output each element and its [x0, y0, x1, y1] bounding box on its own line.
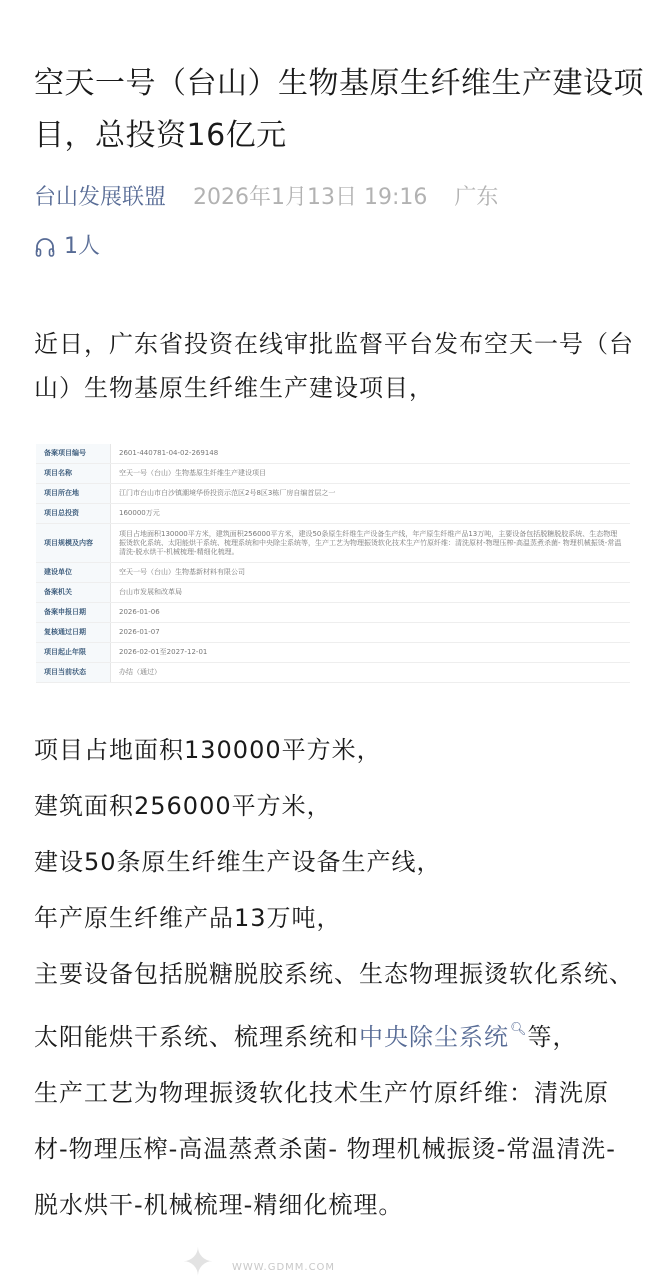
row-value: 160000万元 [111, 504, 631, 524]
table-row: 项目名称空天一号（台山）生物基原生纤维生产建设项目 [36, 464, 630, 484]
body-line-equipment: 主要设备包括脱糖脱胶系统、生态物理振烫软化系统、太阳能烘干系统、梳理系统和中央除… [34, 946, 634, 1065]
publish-date: 2026年1月13日 19:16 [193, 185, 427, 210]
listener-count: 1人 [64, 232, 100, 262]
row-value: 2026-02-01至2027-12-01 [111, 643, 631, 663]
table-row: 建设单位空天一号（台山）生物基新材料有限公司 [36, 563, 630, 583]
row-value: 台山市发展和改革局 [111, 583, 631, 603]
search-icon: 🔍︎ [510, 1022, 528, 1037]
article-title: 空天一号（台山）生物基原生纤维生产建设项目，总投资16亿元 [34, 58, 644, 162]
headphones-icon [34, 236, 56, 258]
row-key: 备案申报日期 [36, 603, 111, 623]
body-line: 项目占地面积130000平方米， [34, 722, 634, 778]
listen-button[interactable]: 1人 [34, 232, 100, 262]
row-key: 项目规模及内容 [36, 524, 111, 563]
row-value: 2026-01-06 [111, 603, 631, 623]
row-value: 空天一号（台山）生物基新材料有限公司 [111, 563, 631, 583]
row-value: 2026-01-07 [111, 623, 631, 643]
body-text: 等， [528, 1023, 578, 1051]
body-line: 年产原生纤维产品13万吨， [34, 890, 634, 946]
row-key: 项目名称 [36, 464, 111, 484]
row-key: 项目当前状态 [36, 663, 111, 683]
author-link[interactable]: 台山发展联盟 [34, 185, 166, 210]
row-key: 建设单位 [36, 563, 111, 583]
row-key: 项目起止年限 [36, 643, 111, 663]
article-meta: 台山发展联盟 2026年1月13日 19:16 广东 [34, 182, 498, 214]
table-row: 复核通过日期2026-01-07 [36, 623, 630, 643]
table-row: 项目所在地江门市台山市白沙镇潮境华侨投资示范区2号8区3栋厂房自编首层之一 [36, 484, 630, 504]
body-line: 生产工艺为物理振烫软化技术生产竹原纤维：清洗原材-物理压榨-高温蒸煮杀菌- 物理… [34, 1065, 634, 1233]
link-text: 中央除尘系统 [359, 1023, 509, 1051]
row-key: 项目所在地 [36, 484, 111, 504]
row-value: 项目占地面积130000平方米，建筑面积256000平方米，建设50条原生纤维生… [111, 524, 631, 563]
row-value: 江门市台山市白沙镇潮境华侨投资示范区2号8区3栋厂房自编首层之一 [111, 484, 631, 504]
table-row: 备案申报日期2026-01-06 [36, 603, 630, 623]
table-row: 项目规模及内容项目占地面积130000平方米，建筑面积256000平方米，建设5… [36, 524, 630, 563]
row-value: 空天一号（台山）生物基原生纤维生产建设项目 [111, 464, 631, 484]
body-line: 建设50条原生纤维生产设备生产线， [34, 834, 634, 890]
watermark-text: WWW.GDMM.COM [232, 1262, 335, 1273]
publish-region: 广东 [454, 185, 498, 210]
body-line: 建筑面积256000平方米， [34, 778, 634, 834]
watermark-logo: ✦ [182, 1240, 214, 1280]
row-value: 2601-440781-04-02-269148 [111, 444, 631, 464]
row-key: 复核通过日期 [36, 623, 111, 643]
row-value: 办结（通过） [111, 663, 631, 683]
search-link-dust-removal[interactable]: 中央除尘系统🔍︎ [359, 1023, 528, 1051]
row-key: 备案机关 [36, 583, 111, 603]
body-paragraphs: 项目占地面积130000平方米， 建筑面积256000平方米， 建设50条原生纤… [34, 722, 634, 1233]
record-table-image: 备案项目编号2601-440781-04-02-269148 项目名称空天一号（… [36, 444, 630, 683]
close-icon [18, 0, 48, 8]
row-key: 备案项目编号 [36, 444, 111, 464]
table-row: 备案项目编号2601-440781-04-02-269148 [36, 444, 630, 464]
table-row: 备案机关台山市发展和改革局 [36, 583, 630, 603]
table-row: 项目总投资160000万元 [36, 504, 630, 524]
table-row: 项目当前状态办结（通过） [36, 663, 630, 683]
table-row: 项目起止年限2026-02-01至2027-12-01 [36, 643, 630, 663]
close-button[interactable] [18, 0, 48, 8]
intro-paragraph: 近日，广东省投资在线审批监督平台发布空天一号（台山）生物基原生纤维生产建设项目， [34, 322, 634, 410]
row-key: 项目总投资 [36, 504, 111, 524]
